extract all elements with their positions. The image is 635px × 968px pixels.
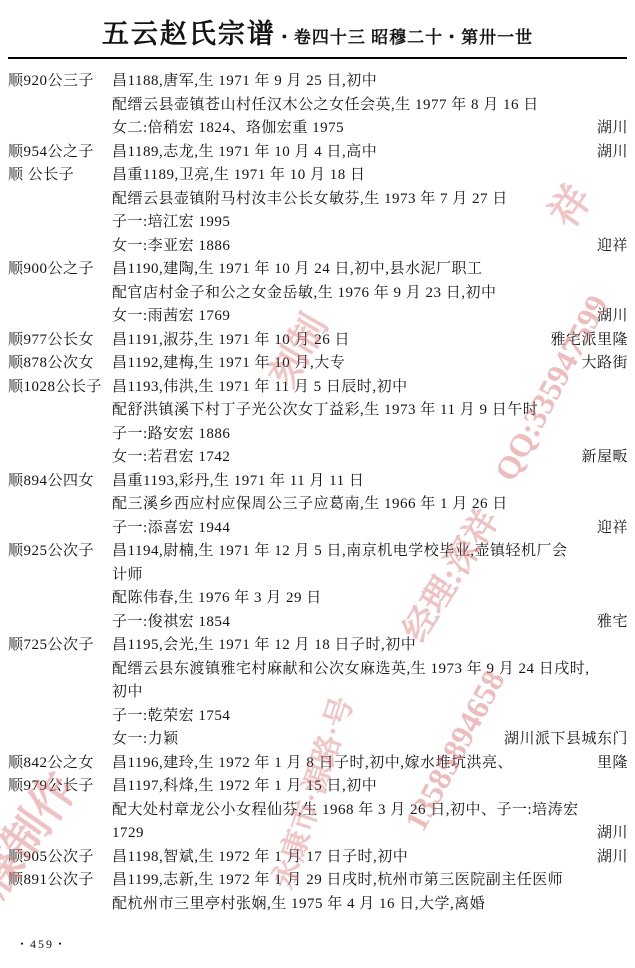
entry-content: 昌1189,志龙,生 1971 年 10 月 4 日,高中湖川 xyxy=(112,141,635,165)
entry-label: 顺894公四女 xyxy=(0,470,112,494)
entry-line-text: 子一:添喜宏 1944 xyxy=(112,517,230,541)
entry-line-text: 昌1198,智斌,生 1972 年 1 月 17 日子时,初中 xyxy=(112,846,408,870)
entry-line: 1729湖川 xyxy=(112,822,628,846)
entry-line: 女一:李亚宏 1886迎祥 xyxy=(112,235,628,259)
entry-line: 配缙云县壶镇附马村汝丰公长女敏芬,生 1973 年 7 月 27 日 xyxy=(112,188,628,212)
branch-tag: 大路街 xyxy=(571,352,628,376)
entry-line: 子一:乾荣宏 1754 xyxy=(112,705,628,729)
entry-label: 顺842公之女 xyxy=(0,752,112,776)
entry-line-text: 配大处村章龙公小女程仙芬,生 1968 年 3 月 26 日,初中、子一:培涛宏 xyxy=(112,799,579,823)
branch-tag: 湖川 xyxy=(587,117,628,141)
branch-tag: 新屋畈 xyxy=(571,446,628,470)
genealogy-entry: 顺954公之子昌1189,志龙,生 1971 年 10 月 4 日,高中湖川 xyxy=(0,141,635,165)
entry-line: 子一:俊祺宏 1854雅宅 xyxy=(112,611,628,635)
entry-line: 昌1191,淑芬,生 1971 年 10 月 26 日雅宅派里隆 xyxy=(112,329,628,353)
entry-line-text: 昌1192,建梅,生 1971 年 10 月,大专 xyxy=(112,352,345,376)
entry-line-text: 配三溪乡西应村应保周公三子应葛南,生 1966 年 1 月 26 日 xyxy=(112,493,508,517)
entry-line: 昌1195,会光,生 1971 年 12 月 18 日子时,初中 xyxy=(112,634,628,658)
entry-line-text: 子一:俊祺宏 1854 xyxy=(112,611,230,635)
entry-line-text: 女二:倍稍宏 1824、珞伽宏重 1975 xyxy=(112,117,344,141)
entry-content: 昌1188,唐军,生 1971 年 9 月 25 日,初中配缙云县壶镇苍山村任汉… xyxy=(112,70,635,141)
page-header: 五云赵氏宗谱・卷四十三 昭穆二十・第卅一世 xyxy=(0,0,635,51)
entry-line: 配三溪乡西应村应保周公三子应葛南,生 1966 年 1 月 26 日 xyxy=(112,493,628,517)
entry-content: 昌1196,建玲,生 1972 年 1 月 8 日子时,初中,嫁水堆坑洪亮、里隆 xyxy=(112,752,635,776)
entry-line-text: 昌重1189,卫亮,生 1971 年 10 月 18 日 xyxy=(112,164,365,188)
branch-tag: 湖川 xyxy=(587,141,628,165)
entry-line: 昌1196,建玲,生 1972 年 1 月 8 日子时,初中,嫁水堆坑洪亮、里隆 xyxy=(112,752,628,776)
genealogy-entry: 顺 公长子昌重1189,卫亮,生 1971 年 10 月 18 日配缙云县壶镇附… xyxy=(0,164,635,258)
entry-line-text: 子一:乾荣宏 1754 xyxy=(112,705,230,729)
branch-tag: 湖川 xyxy=(587,846,628,870)
entry-line: 女二:倍稍宏 1824、珞伽宏重 1975湖川 xyxy=(112,117,628,141)
entry-label: 顺1028公长子 xyxy=(0,376,112,400)
volume-subtitle: ・卷四十三 昭穆二十・第卅一世 xyxy=(276,28,533,47)
branch-tag: 雅宅派里隆 xyxy=(540,329,628,353)
entry-line-text: 昌1193,伟洪,生 1971 年 11 月 5 日辰时,初中 xyxy=(112,376,408,400)
entry-content: 昌1191,淑芬,生 1971 年 10 月 26 日雅宅派里隆 xyxy=(112,329,635,353)
entry-line: 昌1194,尉楠,生 1971 年 12 月 5 日,南京机电学校毕业,壶镇轻机… xyxy=(112,540,628,564)
entry-content: 昌1192,建梅,生 1971 年 10 月,大专大路街 xyxy=(112,352,635,376)
branch-tag: 里隆 xyxy=(587,752,628,776)
entry-line-text: 昌1191,淑芬,生 1971 年 10 月 26 日 xyxy=(112,329,350,353)
entry-line-text: 昌1199,志新,生 1972 年 1 月 29 日戌时,杭州市第三医院副主任医… xyxy=(112,869,563,893)
entry-line-text: 昌1189,志龙,生 1971 年 10 月 4 日,高中 xyxy=(112,141,377,165)
entry-line-text: 配缙云县壶镇苍山村任汉木公之女任会英,生 1977 年 8 月 16 日 xyxy=(112,94,539,118)
entry-content: 昌重1189,卫亮,生 1971 年 10 月 18 日配缙云县壶镇附马村汝丰公… xyxy=(112,164,635,258)
genealogy-entry: 顺905公次子昌1198,智斌,生 1972 年 1 月 17 日子时,初中湖川 xyxy=(0,846,635,870)
genealogy-entry: 顺891公次子昌1199,志新,生 1972 年 1 月 29 日戌时,杭州市第… xyxy=(0,869,635,916)
entry-line: 子一:添喜宏 1944迎祥 xyxy=(112,517,628,541)
page-number: ・459・ xyxy=(16,935,68,952)
genealogy-entry: 顺920公三子昌1188,唐军,生 1971 年 9 月 25 日,初中配缙云县… xyxy=(0,70,635,141)
entry-line-text: 配舒洪镇溪下村丁子光公次女丁益彩,生 1973 年 11 月 9 日午时 xyxy=(112,399,538,423)
entry-line: 昌1190,建陶,生 1971 年 10 月 24 日,初中,县水泥厂职工 xyxy=(112,258,628,282)
entry-line-text: 昌重1193,彩丹,生 1971 年 11 月 11 日 xyxy=(112,470,364,494)
entry-content: 昌1195,会光,生 1971 年 12 月 18 日子时,初中配缙云县东渡镇雅… xyxy=(112,634,635,752)
genealogy-page: 五云赵氏宗谱・卷四十三 昭穆二十・第卅一世 顺920公三子昌1188,唐军,生 … xyxy=(0,0,635,968)
entry-label: 顺900公之子 xyxy=(0,258,112,282)
genealogy-entry: 顺977公长女昌1191,淑芬,生 1971 年 10 月 26 日雅宅派里隆 xyxy=(0,329,635,353)
genealogy-entry: 顺894公四女昌重1193,彩丹,生 1971 年 11 月 11 日配三溪乡西… xyxy=(0,470,635,541)
entry-line: 女一:力颖湖川派下县城东门 xyxy=(112,728,628,752)
entry-label: 顺891公次子 xyxy=(0,869,112,893)
genealogy-entry: 顺925公次子昌1194,尉楠,生 1971 年 12 月 5 日,南京机电学校… xyxy=(0,540,635,634)
entry-content: 昌1198,智斌,生 1972 年 1 月 17 日子时,初中湖川 xyxy=(112,846,635,870)
entry-label: 顺954公之子 xyxy=(0,141,112,165)
genealogy-entries: 顺920公三子昌1188,唐军,生 1971 年 9 月 25 日,初中配缙云县… xyxy=(0,70,635,916)
entry-line: 计师 xyxy=(112,564,628,588)
branch-tag: 迎祥 xyxy=(587,235,628,259)
entry-line-text: 女一:李亚宏 1886 xyxy=(112,235,230,259)
entry-content: 昌1193,伟洪,生 1971 年 11 月 5 日辰时,初中配舒洪镇溪下村丁子… xyxy=(112,376,635,470)
entry-line-text: 计师 xyxy=(112,564,143,588)
entry-label: 顺 公长子 xyxy=(0,164,112,188)
genealogy-entry: 顺900公之子昌1190,建陶,生 1971 年 10 月 24 日,初中,县水… xyxy=(0,258,635,329)
entry-line-text: 女一:雨茜宏 1769 xyxy=(112,305,230,329)
entry-content: 昌1199,志新,生 1972 年 1 月 29 日戌时,杭州市第三医院副主任医… xyxy=(112,869,635,916)
entry-line-text: 昌1195,会光,生 1971 年 12 月 18 日子时,初中 xyxy=(112,634,416,658)
entry-line: 配官店村金子和公之女金岳敏,生 1976 年 9 月 23 日,初中 xyxy=(112,282,628,306)
entry-line-text: 昌1188,唐军,生 1971 年 9 月 25 日,初中 xyxy=(112,70,377,94)
entry-line: 子一:培江宏 1995 xyxy=(112,211,628,235)
entry-label: 顺878公次女 xyxy=(0,352,112,376)
entry-line: 初中 xyxy=(112,681,628,705)
entry-line: 女一:若君宏 1742新屋畈 xyxy=(112,446,628,470)
entry-line: 配缙云县东渡镇雅宅村麻献和公次女麻选英,生 1973 年 9 月 24 日戌时, xyxy=(112,658,628,682)
entry-line: 配大处村章龙公小女程仙芬,生 1968 年 3 月 26 日,初中、子一:培涛宏 xyxy=(112,799,628,823)
entry-label: 顺977公长女 xyxy=(0,329,112,353)
entry-line: 昌1197,科烽,生 1972 年 1 月 15 日,初中 xyxy=(112,775,628,799)
branch-tag: 迎祥 xyxy=(587,517,628,541)
genealogy-entry: 顺725公次子昌1195,会光,生 1971 年 12 月 18 日子时,初中配… xyxy=(0,634,635,752)
entry-line-text: 配杭州市三里亭村张娴,生 1975 年 4 月 16 日,大学,离婚 xyxy=(112,893,485,917)
entry-content: 昌1197,科烽,生 1972 年 1 月 15 日,初中配大处村章龙公小女程仙… xyxy=(112,775,635,846)
entry-line-text: 配缙云县东渡镇雅宅村麻献和公次女麻选英,生 1973 年 9 月 24 日戌时, xyxy=(112,658,590,682)
entry-line: 昌1193,伟洪,生 1971 年 11 月 5 日辰时,初中 xyxy=(112,376,628,400)
entry-label: 顺725公次子 xyxy=(0,634,112,658)
entry-content: 昌1190,建陶,生 1971 年 10 月 24 日,初中,县水泥厂职工配官店… xyxy=(112,258,635,329)
entry-line: 女一:雨茜宏 1769湖川 xyxy=(112,305,628,329)
entry-line: 昌1189,志龙,生 1971 年 10 月 4 日,高中湖川 xyxy=(112,141,628,165)
entry-content: 昌重1193,彩丹,生 1971 年 11 月 11 日配三溪乡西应村应保周公三… xyxy=(112,470,635,541)
entry-line-text: 昌1190,建陶,生 1971 年 10 月 24 日,初中,县水泥厂职工 xyxy=(112,258,482,282)
entry-content: 昌1194,尉楠,生 1971 年 12 月 5 日,南京机电学校毕业,壶镇轻机… xyxy=(112,540,635,634)
entry-line: 昌1199,志新,生 1972 年 1 月 29 日戌时,杭州市第三医院副主任医… xyxy=(112,869,628,893)
entry-label: 顺920公三子 xyxy=(0,70,112,94)
header-divider xyxy=(8,57,627,59)
entry-label: 顺979公长子 xyxy=(0,775,112,799)
genealogy-entry: 顺878公次女昌1192,建梅,生 1971 年 10 月,大专大路街 xyxy=(0,352,635,376)
branch-tag: 雅宅 xyxy=(587,611,628,635)
entry-line-text: 子一:路安宏 1886 xyxy=(112,423,230,447)
entry-line-text: 子一:培江宏 1995 xyxy=(112,211,230,235)
branch-tag: 湖川派下县城东门 xyxy=(494,728,628,752)
entry-line: 子一:路安宏 1886 xyxy=(112,423,628,447)
entry-line: 昌1188,唐军,生 1971 年 9 月 25 日,初中 xyxy=(112,70,628,94)
entry-line-text: 昌1196,建玲,生 1972 年 1 月 8 日子时,初中,嫁水堆坑洪亮、 xyxy=(112,752,513,776)
genealogy-entry: 顺842公之女昌1196,建玲,生 1972 年 1 月 8 日子时,初中,嫁水… xyxy=(0,752,635,776)
entry-line: 配缙云县壶镇苍山村任汉木公之女任会英,生 1977 年 8 月 16 日 xyxy=(112,94,628,118)
branch-tag: 湖川 xyxy=(587,822,628,846)
entry-line: 昌1192,建梅,生 1971 年 10 月,大专大路街 xyxy=(112,352,628,376)
branch-tag: 湖川 xyxy=(587,305,628,329)
genealogy-entry: 顺979公长子昌1197,科烽,生 1972 年 1 月 15 日,初中配大处村… xyxy=(0,775,635,846)
entry-line: 配舒洪镇溪下村丁子光公次女丁益彩,生 1973 年 11 月 9 日午时 xyxy=(112,399,628,423)
entry-line: 昌1198,智斌,生 1972 年 1 月 17 日子时,初中湖川 xyxy=(112,846,628,870)
entry-label: 顺905公次子 xyxy=(0,846,112,870)
entry-line: 昌重1193,彩丹,生 1971 年 11 月 11 日 xyxy=(112,470,628,494)
entry-line-text: 配缙云县壶镇附马村汝丰公长女敏芬,生 1973 年 7 月 27 日 xyxy=(112,188,508,212)
entry-line: 配陈伟春,生 1976 年 3 月 29 日 xyxy=(112,587,628,611)
genealogy-entry: 顺1028公长子昌1193,伟洪,生 1971 年 11 月 5 日辰时,初中配… xyxy=(0,376,635,470)
entry-line-text: 配陈伟春,生 1976 年 3 月 29 日 xyxy=(112,587,322,611)
entry-line-text: 女一:力颖 xyxy=(112,728,179,752)
entry-line-text: 配官店村金子和公之女金岳敏,生 1976 年 9 月 23 日,初中 xyxy=(112,282,497,306)
entry-line-text: 昌1197,科烽,生 1972 年 1 月 15 日,初中 xyxy=(112,775,377,799)
entry-label: 顺925公次子 xyxy=(0,540,112,564)
book-title: 五云赵氏宗谱 xyxy=(102,19,276,49)
entry-line-text: 1729 xyxy=(112,822,144,846)
entry-line: 昌重1189,卫亮,生 1971 年 10 月 18 日 xyxy=(112,164,628,188)
entry-line-text: 女一:若君宏 1742 xyxy=(112,446,230,470)
entry-line-text: 初中 xyxy=(112,681,143,705)
entry-line-text: 昌1194,尉楠,生 1971 年 12 月 5 日,南京机电学校毕业,壶镇轻机… xyxy=(112,540,567,564)
entry-line: 配杭州市三里亭村张娴,生 1975 年 4 月 16 日,大学,离婚 xyxy=(112,893,628,917)
